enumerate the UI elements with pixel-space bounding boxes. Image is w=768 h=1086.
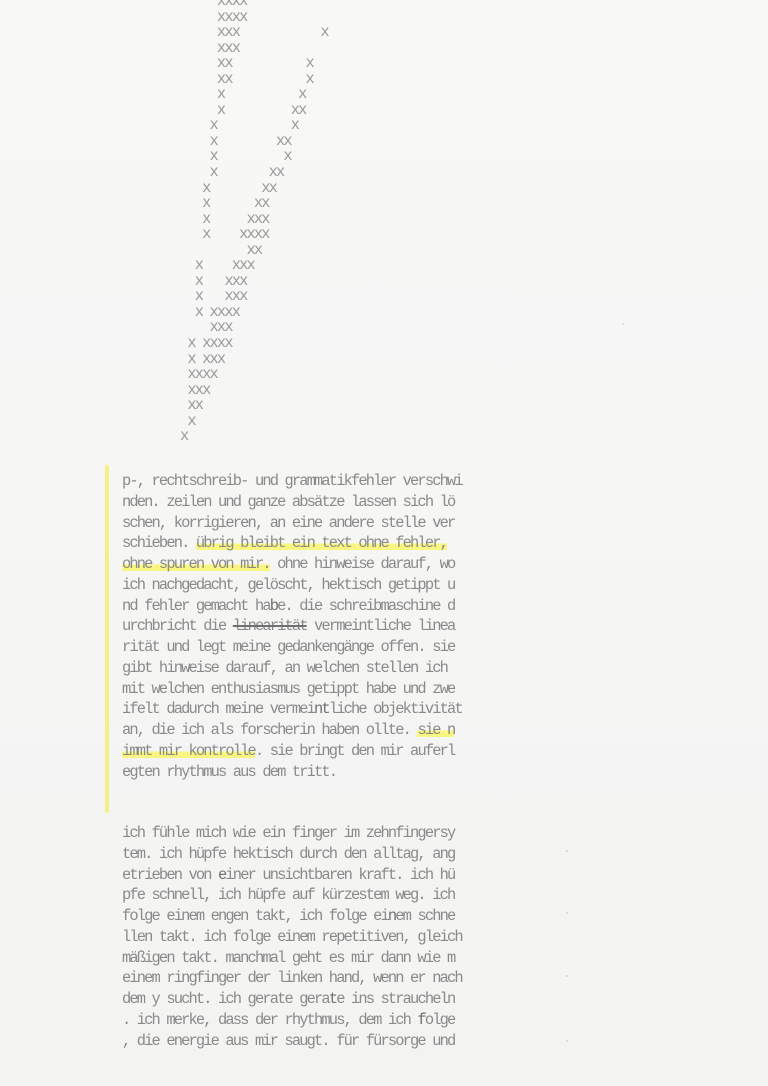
text-run: . ich merke, dass der rhythmus, dem ich: [122, 1011, 417, 1029]
text-run: pfe schnell, ich hüpfe auf kürzestem weg…: [122, 886, 454, 904]
text-line: ich fühle mich wie ein finger im zehnfin…: [122, 823, 506, 844]
text-run: em schne: [395, 907, 454, 925]
paper-speck: [566, 912, 568, 914]
text-line: nden. zeilen und ganze absätze lassen si…: [122, 492, 462, 513]
text-line: mäßigen takt. manchmal geht es mir dann …: [122, 948, 506, 969]
text-line: . ich merke, dass der rhythmus, dem ich …: [122, 1010, 506, 1031]
x-art-row: xxx: [180, 383, 328, 399]
paper-speck: [566, 1040, 568, 1042]
text-line: urchbricht die linearität vermeintliche …: [122, 616, 462, 637]
text-line: egten rhythmus aus dem tritt.: [122, 762, 462, 783]
text-run: tem. ich hüpfe hektisch durch den alltag…: [122, 845, 454, 863]
highlighted-text: immt mir kontrolle: [122, 742, 255, 760]
scanned-page: xxxx xxxx xxx x xxx xx x xx x x x x xx x…: [0, 0, 768, 1086]
text-run: ich nachgedacht, gelöscht, hektisch geti…: [122, 576, 454, 594]
x-art-row: x: [180, 414, 328, 430]
highlighted-text: sie n: [417, 721, 454, 739]
text-line: schieben. übrig bleibt ein text ohne feh…: [122, 533, 462, 554]
paper-speck: [566, 975, 568, 977]
text-run: e ins straucheln: [336, 990, 454, 1008]
text-line: etrieben von einer unsichtbaren kraft. i…: [122, 865, 506, 886]
text-run: nd fehler gemacht ha: [122, 597, 270, 615]
text-line: ich nachgedacht, gelöscht, hektisch geti…: [122, 575, 462, 596]
text-run: folge einem engen takt, ich folge ei: [122, 907, 388, 925]
text-run: schieben.: [122, 534, 196, 552]
text-line: , die energie aus mir saugt. für fürsorg…: [122, 1031, 506, 1052]
text-run: ohne hinweise darauf, wo: [270, 555, 455, 573]
paper-speck: [566, 850, 568, 852]
text-line: an, die ich als forscherin haben ollte. …: [122, 720, 462, 741]
text-run: ifelt dadurch meine vermei: [122, 700, 314, 718]
overtyped-character: f: [417, 1011, 424, 1029]
paper-speck: [622, 323, 624, 325]
text-run: egten rhythmus aus dem tritt.: [122, 763, 336, 781]
text-line: ohne spuren von mir. ohne hinweise darau…: [122, 554, 462, 575]
text-run: etrieben von: [122, 866, 218, 884]
text-run: p-, rechtschreib- und grammatikfehler ve…: [122, 472, 462, 490]
text-run: gibt hinweise darauf, an welchen stellen…: [122, 659, 447, 677]
struck-through-text: linearität: [233, 617, 307, 635]
text-run: mäßigen takt. manchmal geht es mir dann …: [122, 949, 454, 967]
text-run: iner unsichtbaren kraft. ich hü: [225, 866, 454, 884]
text-line: mit welchen enthusiasmus getippt habe un…: [122, 679, 462, 700]
text-run: an, die ich als forscherin haben ollte.: [122, 721, 417, 739]
text-run: llen takt. ich folge einem repetitiven, …: [122, 928, 462, 946]
x-art-row: x: [180, 429, 328, 445]
text-line: tem. ich hüpfe hektisch durch den alltag…: [122, 844, 506, 865]
paragraph-1: p-, rechtschreib- und grammatikfehler ve…: [122, 471, 462, 782]
paragraph-2: ich fühle mich wie ein finger im zehnfin…: [122, 823, 506, 1072]
text-run: vermeintliche linea: [307, 617, 455, 635]
text-line: folge einem engen takt, ich folge einem …: [122, 906, 506, 927]
text-line: ifelt dadurch meine vermeintliche objekt…: [122, 699, 462, 720]
text-line: rität und legt meine gedankengänge offen…: [122, 637, 462, 658]
text-run: dem y sucht. ich gerate gera: [122, 990, 329, 1008]
text-run: urchbricht die: [122, 617, 233, 635]
text-run: einem ringfinger der linken hand, wenn e…: [122, 969, 462, 987]
text-run: e. die schreibmaschine d: [277, 597, 454, 615]
text-run: schen, korrigieren, an eine andere stell…: [122, 514, 454, 532]
text-run: . sie bringt den mir auferl: [255, 742, 454, 760]
text-run: mit welchen enthusiasmus getippt habe un…: [122, 680, 454, 698]
highlighter-margin-line: [105, 465, 109, 813]
typewriter-x-art: xxxx xxxx xxx x xxx xx x xx x x x x xx x…: [180, 0, 328, 445]
text-run: rität und legt meine gedankengänge offen…: [122, 638, 454, 656]
text-run: .......... .......... ......... ... ...: [122, 1062, 506, 1080]
text-line: llen takt. ich folge einem repetitiven, …: [122, 927, 506, 948]
text-line: gibt hinweise darauf, an welchen stellen…: [122, 658, 462, 679]
overtyped-character: nt: [314, 700, 329, 718]
x-art-row: xx: [180, 398, 328, 414]
text-line: schen, korrigieren, an eine andere stell…: [122, 513, 462, 534]
text-run: olge: [425, 1011, 455, 1029]
highlighted-text: übrig bleibt ein text ohne fehler,: [196, 534, 447, 552]
text-run: nden. zeilen und ganze absätze lassen si…: [122, 493, 454, 511]
text-run: ich fühle mich wie ein finger im zehnfin…: [122, 824, 454, 842]
text-line: dem y sucht. ich gerate gerate ins strau…: [122, 989, 506, 1010]
text-line: immt mir kontrolle. sie bringt den mir a…: [122, 741, 462, 762]
text-run: liche objektivität: [329, 700, 462, 718]
text-line: .......... .......... ......... ... ...: [122, 1061, 506, 1082]
overtyped-character: b: [270, 597, 277, 615]
highlighted-text: ohne spuren von mir.: [122, 555, 270, 573]
text-line: einem ringfinger der linken hand, wenn e…: [122, 968, 506, 989]
text-line: p-, rechtschreib- und grammatikfehler ve…: [122, 471, 462, 492]
text-run: , die energie aus mir saugt. für fürsorg…: [122, 1032, 454, 1050]
text-line: pfe schnell, ich hüpfe auf kürzestem weg…: [122, 885, 506, 906]
text-line: nd fehler gemacht habe. die schreibmasch…: [122, 596, 462, 617]
